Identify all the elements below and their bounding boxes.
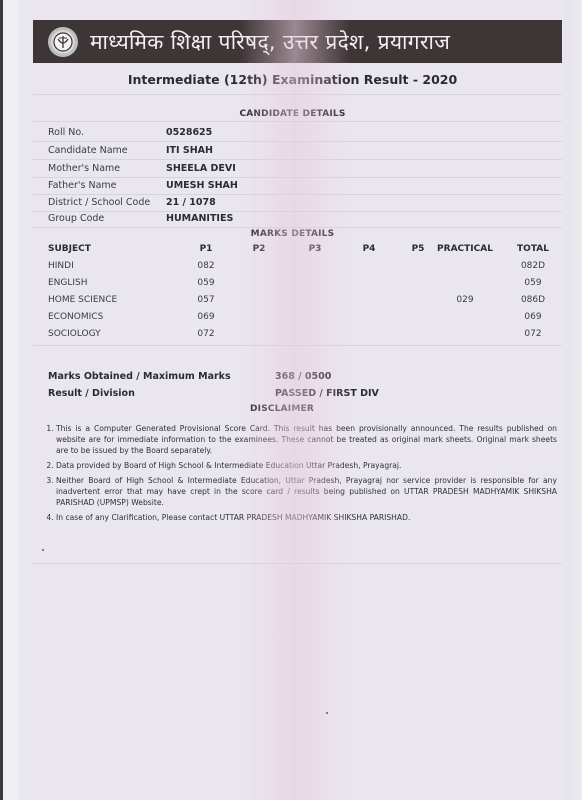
divider — [33, 121, 562, 122]
candidate-row-father: Father's Name UMESH SHAH — [48, 177, 238, 194]
candidate-row-district: District / School Code 21 / 1078 — [48, 194, 216, 211]
scan-edge-right — [564, 0, 582, 800]
col-practical: PRACTICAL — [430, 244, 500, 254]
up-board-emblem-icon — [48, 27, 78, 57]
divider — [33, 563, 562, 564]
field-value: UMESH SHAH — [166, 180, 238, 191]
cell-p1: 057 — [191, 295, 221, 305]
disclaimer-title: DISCLAIMER — [250, 404, 370, 414]
candidate-row-roll-no: Roll No. 0528625 — [48, 124, 212, 141]
table-row: HINDI082082D — [48, 258, 548, 275]
cell-subject: SOCIOLOGY — [48, 329, 101, 339]
table-row: HOME SCIENCE057029086D — [48, 292, 548, 309]
cell-total: 069 — [513, 312, 553, 322]
col-subject: SUBJECT — [48, 244, 91, 254]
disclaimer-item: Neither Board of High School & Intermedi… — [56, 475, 557, 508]
marks-obtained-label: Marks Obtained / Maximum Marks — [48, 371, 231, 382]
disclaimer-item: This is a Computer Generated Provisional… — [56, 423, 557, 456]
scan-speck — [42, 549, 44, 551]
board-title: माध्यमिक शिक्षा परिषद्, उत्तर प्रदेश, प्… — [90, 28, 450, 56]
marks-obtained-value: 368 / 0500 — [275, 371, 331, 382]
field-label: Candidate Name — [48, 145, 166, 156]
cell-subject: ENGLISH — [48, 278, 88, 288]
candidate-details-title: CANDIDATE DETAILS — [20, 109, 565, 119]
cell-practical: 029 — [430, 295, 500, 305]
disclaimer-list: This is a Computer Generated Provisional… — [42, 423, 557, 527]
divider — [33, 345, 562, 346]
col-total: TOTAL — [513, 244, 553, 254]
cell-subject: HOME SCIENCE — [48, 295, 117, 305]
col-p3: P3 — [300, 244, 330, 254]
field-label: District / School Code — [48, 197, 166, 208]
field-value: SHEELA DEVI — [166, 163, 236, 174]
exam-title: Intermediate (12th) Examination Result -… — [20, 72, 565, 87]
result-division-value: PASSED / FIRST DIV — [275, 388, 379, 399]
candidate-row-mother: Mother's Name SHEELA DEVI — [48, 160, 236, 177]
field-value: HUMANITIES — [166, 213, 233, 224]
cell-total: 086D — [513, 295, 553, 305]
field-label: Father's Name — [48, 180, 166, 191]
field-value: 21 / 1078 — [166, 197, 216, 208]
candidate-row-name: Candidate Name ITI SHAH — [48, 142, 213, 159]
cell-total: 082D — [513, 261, 553, 271]
cell-subject: ECONOMICS — [48, 312, 103, 322]
divider — [33, 227, 562, 228]
board-header: माध्यमिक शिक्षा परिषद्, उत्तर प्रदेश, प्… — [33, 20, 562, 63]
result-division-label: Result / Division — [48, 388, 135, 399]
marks-header-row: SUBJECT P1 P2 P3 P4 P5 PRACTICAL TOTAL — [48, 241, 548, 258]
col-p2: P2 — [244, 244, 274, 254]
table-row: SOCIOLOGY072072 — [48, 326, 548, 343]
divider — [33, 94, 562, 95]
candidate-row-group: Group Code HUMANITIES — [48, 210, 233, 227]
scan-edge-light — [3, 0, 19, 800]
result-sheet: माध्यमिक शिक्षा परिषद्, उत्तर प्रदेश, प्… — [20, 0, 565, 800]
field-label: Mother's Name — [48, 163, 166, 174]
cell-p1: 069 — [191, 312, 221, 322]
cell-p1: 082 — [191, 261, 221, 271]
col-p4: P4 — [354, 244, 384, 254]
cell-total: 059 — [513, 278, 553, 288]
cell-p1: 072 — [191, 329, 221, 339]
cell-total: 072 — [513, 329, 553, 339]
table-row: ECONOMICS069069 — [48, 309, 548, 326]
field-label: Roll No. — [48, 127, 166, 138]
col-p5: P5 — [403, 244, 433, 254]
marks-details-title: MARKS DETAILS — [20, 229, 565, 239]
col-p1: P1 — [191, 244, 221, 254]
scan-speck — [326, 712, 328, 714]
field-value: 0528625 — [166, 127, 212, 138]
disclaimer-item: In case of any Clarification, Please con… — [56, 512, 557, 523]
cell-subject: HINDI — [48, 261, 74, 271]
table-row: ENGLISH059059 — [48, 275, 548, 292]
cell-p1: 059 — [191, 278, 221, 288]
disclaimer-item: Data provided by Board of High School & … — [56, 460, 557, 471]
field-value: ITI SHAH — [166, 145, 213, 156]
field-label: Group Code — [48, 213, 166, 224]
marks-table: SUBJECT P1 P2 P3 P4 P5 PRACTICAL TOTAL H… — [48, 241, 548, 343]
